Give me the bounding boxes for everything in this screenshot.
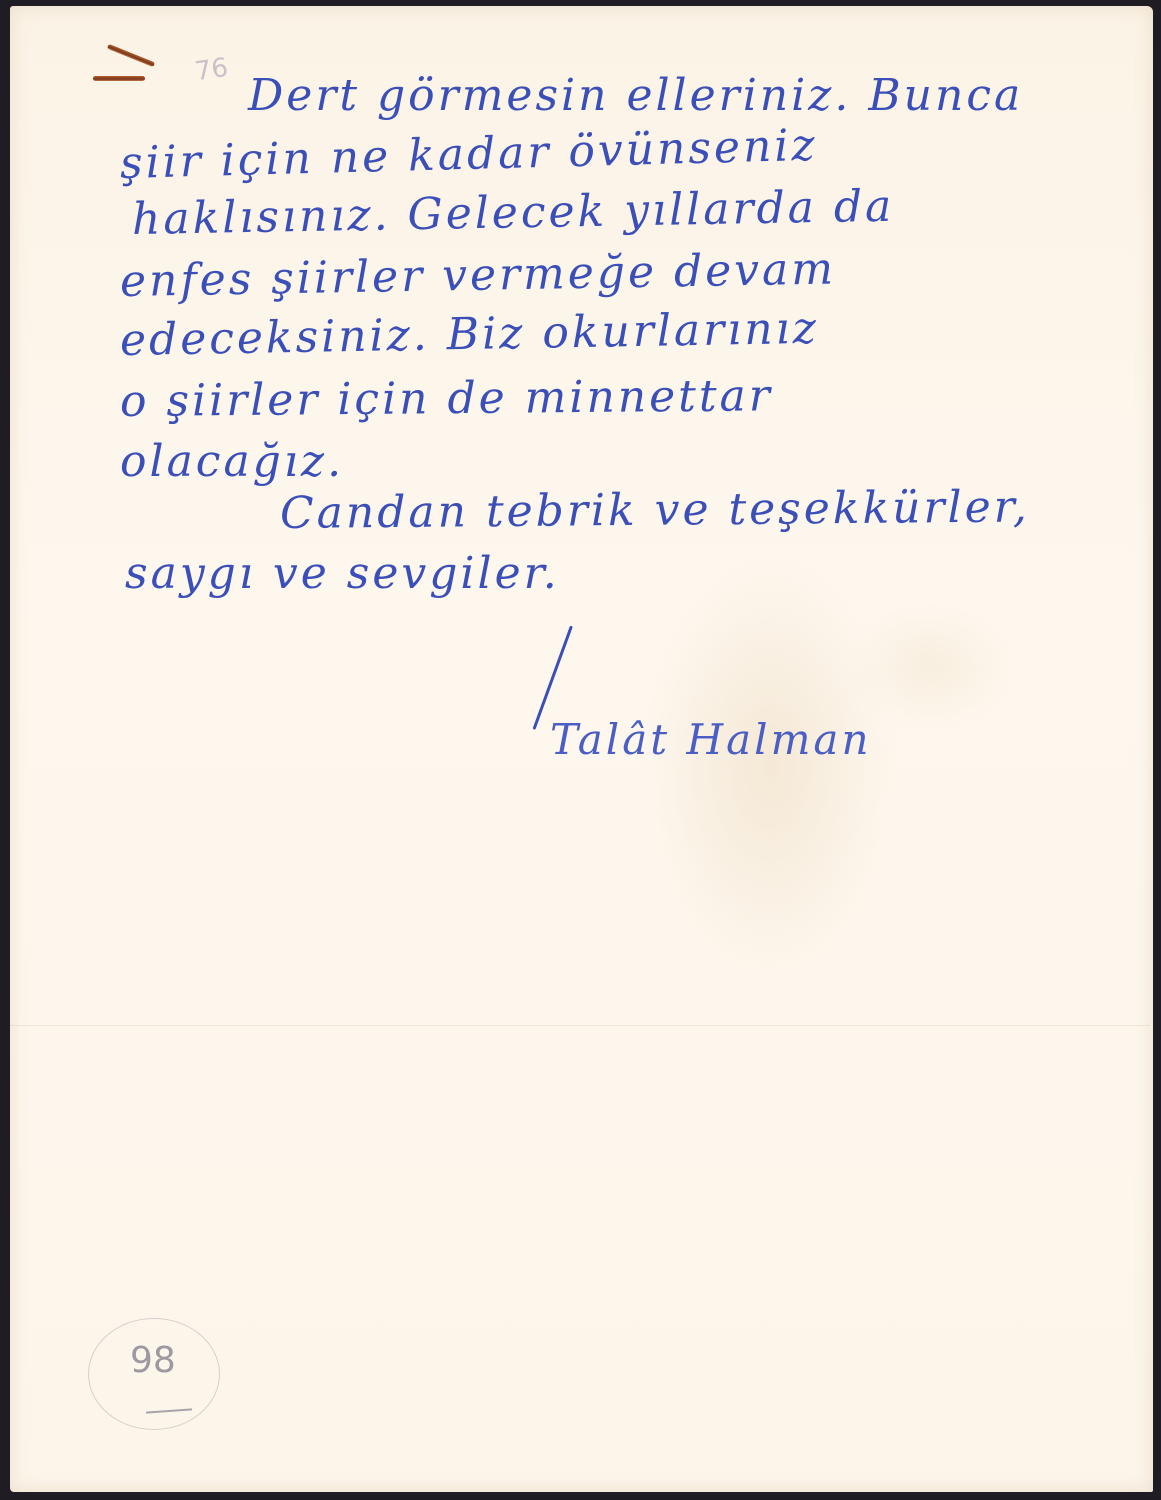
letter-line: o şiirler için de minnettar	[120, 370, 773, 427]
letter-line: Dert görmesin elleriniz. Bunca	[248, 70, 1023, 121]
fold-line	[10, 1025, 1150, 1026]
letter-closing: Candan tebrik ve teşekkürler,	[280, 481, 1030, 539]
staple-mark-icon	[93, 76, 145, 81]
letter-line: olacağız.	[120, 436, 344, 487]
page-number: 98	[130, 1340, 176, 1381]
signature: Talât Halman	[550, 715, 872, 764]
archive-number: 76	[193, 53, 230, 87]
scanned-page: 76 Dert görmesin elleriniz. Bunca şiir i…	[0, 0, 1161, 1500]
letter-closing: saygı ve sevgiler.	[125, 548, 560, 599]
